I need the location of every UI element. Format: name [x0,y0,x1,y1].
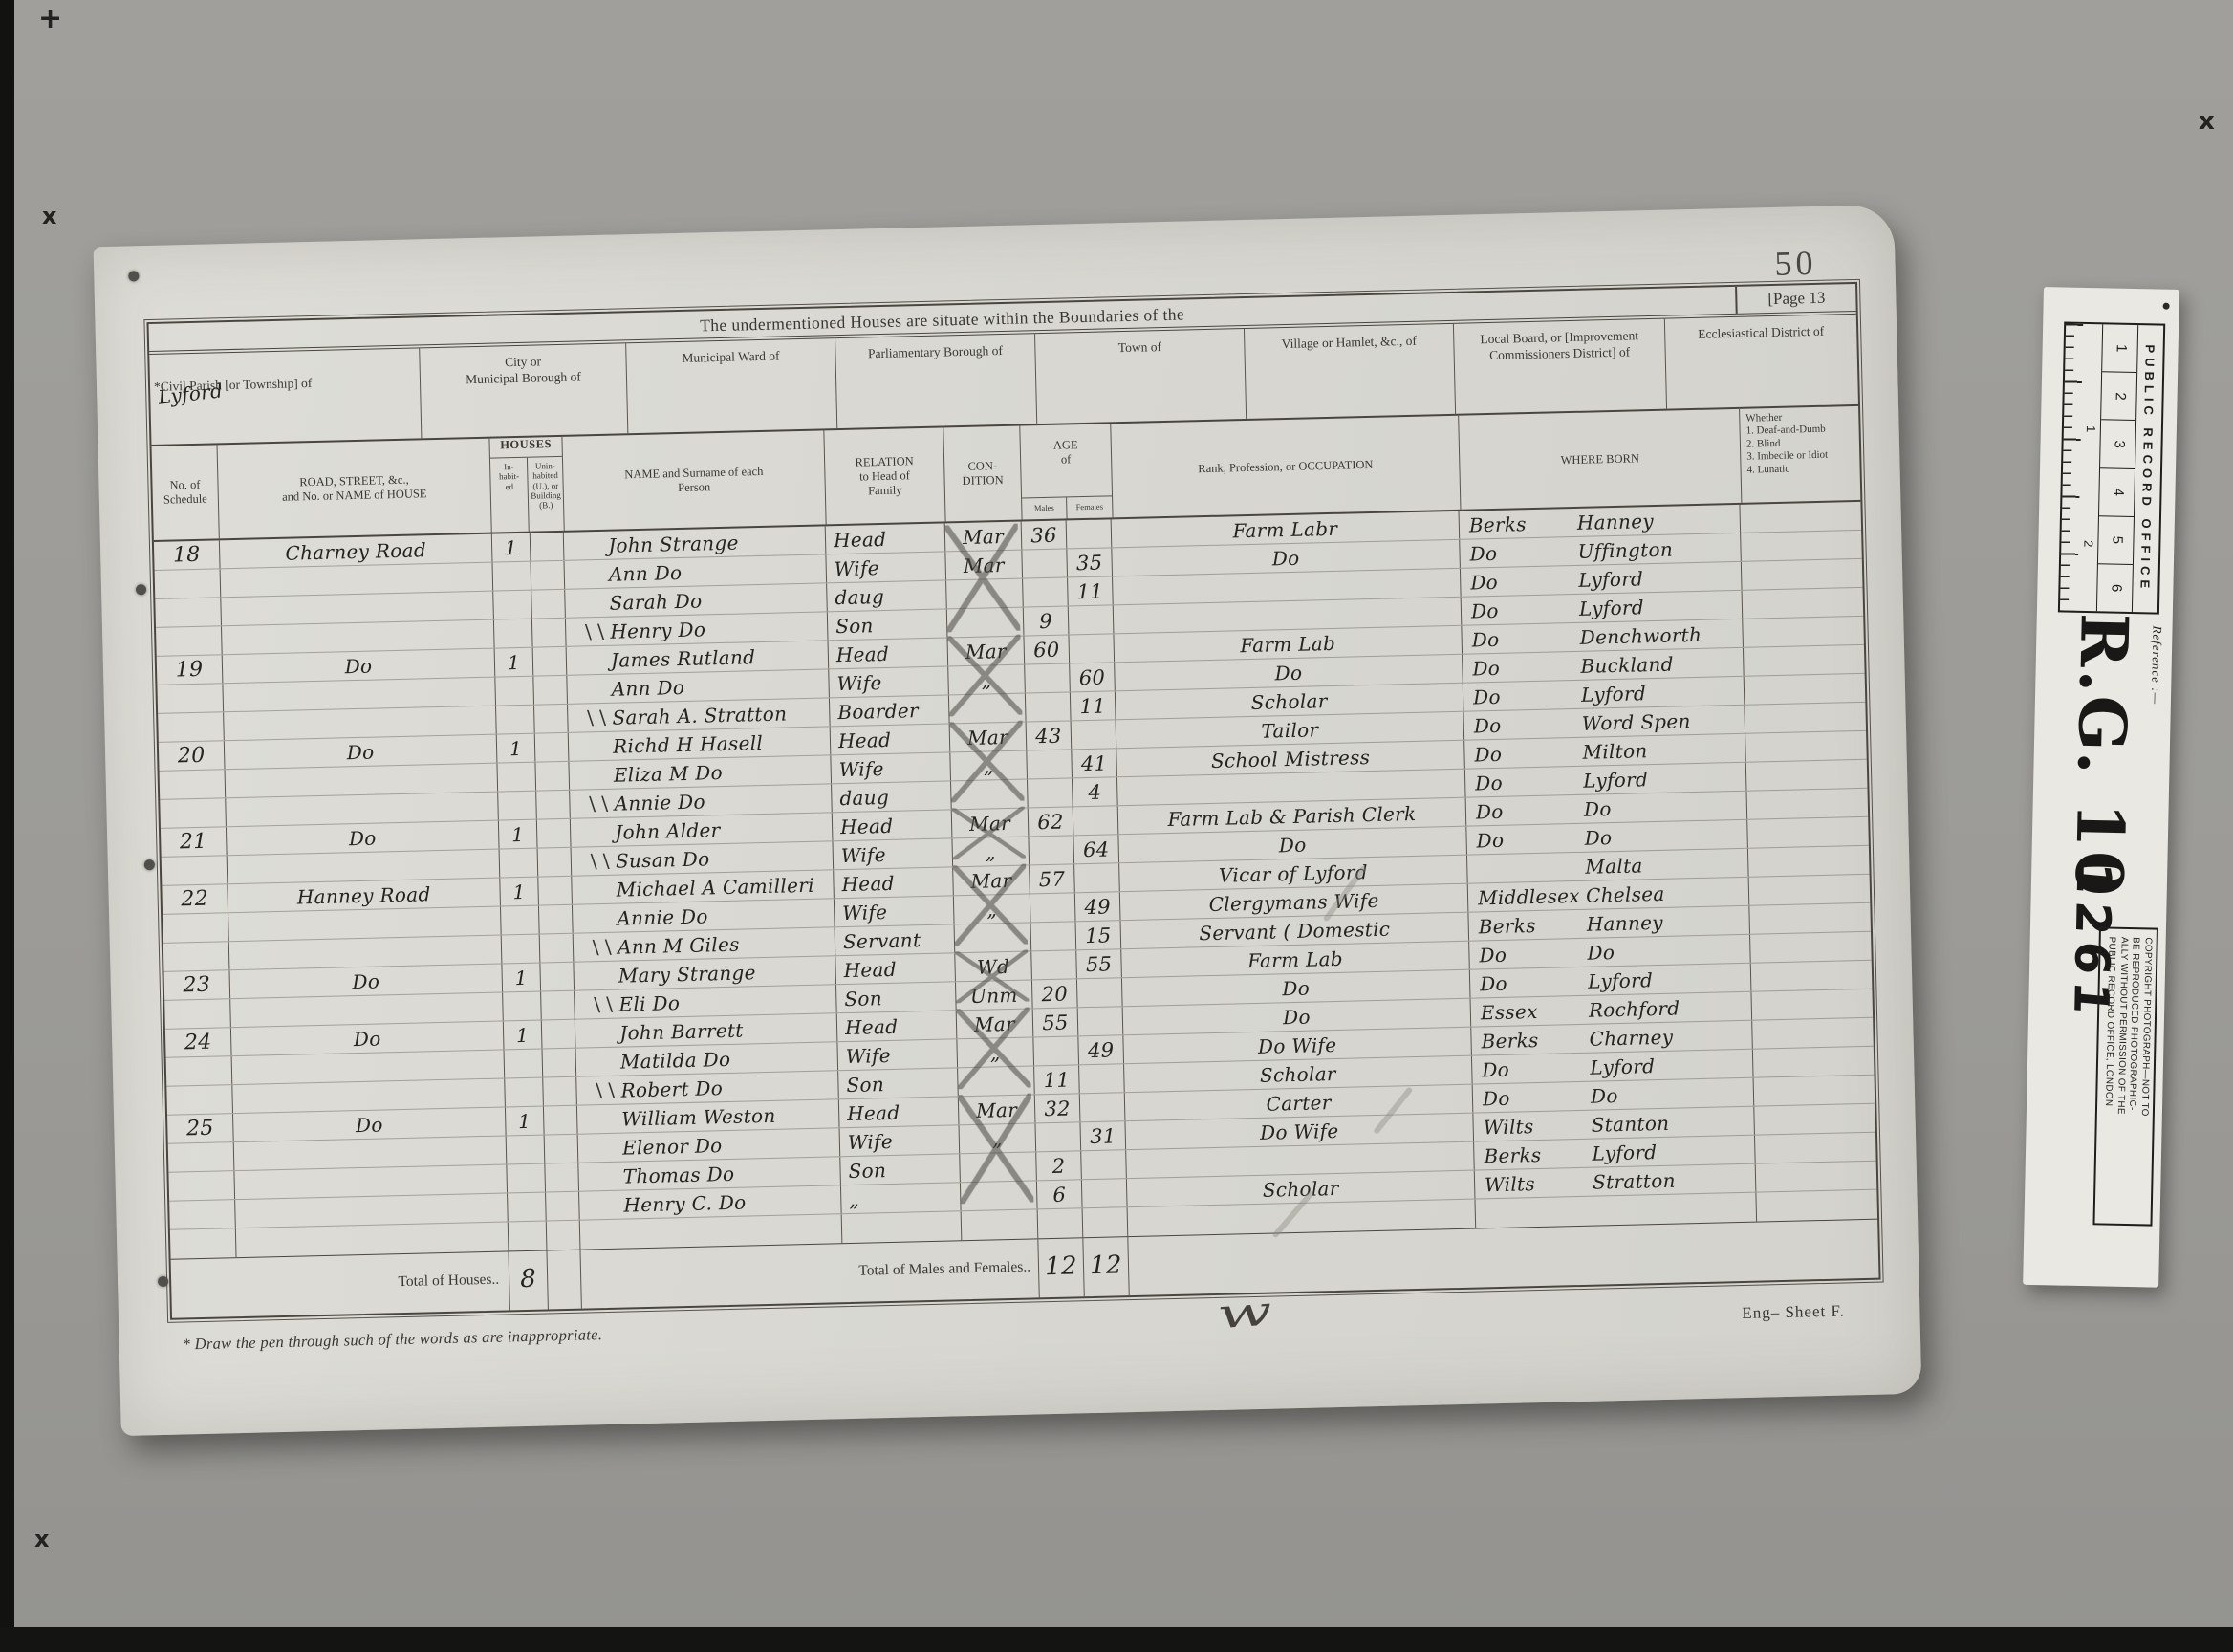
col-header-road: ROAD, STREET, &c., and No. or NAME of HO… [218,439,492,539]
houses-uninhabited [531,590,566,619]
houses-inhabited [501,906,540,935]
schedule-number [170,1228,237,1259]
age-female: 15 [1076,921,1122,949]
houses-uninhabited [532,619,567,647]
film-edge-bottom [0,1627,2233,1652]
age-male: 60 [1024,635,1070,663]
total-females-value: 12 [1083,1237,1129,1296]
schedule-number [162,856,228,885]
houses-label: HOUSES [489,437,561,459]
age-female [1081,1150,1127,1179]
col-header-occupation: Rank, Profession, or OCCUPATION [1111,416,1461,518]
age-male: 43 [1027,721,1073,750]
houses-inhabited: 1 [495,648,534,677]
registration-x-mark: x [42,203,56,229]
relation-to-head: Son [838,1068,959,1098]
page-number-label: [Page 13 [1735,284,1856,314]
relation-to-head: Wife [831,752,951,783]
age-male: 62 [1029,807,1074,836]
relation-to-head: Head [833,810,953,840]
houses-uninhabited [537,819,572,848]
pen-tally-mark [947,635,1022,717]
houses-inhabited [505,1050,544,1078]
age-female [1069,605,1115,634]
schedule-number: 23 [163,970,230,1000]
pen-check-mark: ∖∖ [585,793,611,816]
pen-tally-mark [959,1093,1034,1204]
disability-cell [1751,961,1873,991]
schedule-number [160,798,227,828]
houses-inhabited [493,562,532,591]
totals-blank-cell [547,1250,581,1310]
pen-tally-mark [953,864,1028,946]
pen-tally-mark [945,524,1021,633]
ecclesiastical-district-cell: Ecclesiastical District of [1665,315,1858,409]
relation-to-head: Son [828,609,948,640]
houses-uninhabited [533,647,568,676]
houses-uninhabited [534,705,569,733]
schedule-number [157,684,224,713]
houses-inhabited: 1 [497,734,536,763]
disability-cell [1749,875,1871,905]
schedule-number [160,770,227,799]
reference-label: Reference :— [2148,625,2165,705]
ruler-number: 2 [2081,540,2095,548]
age-female [1082,1179,1128,1207]
age-female: 31 [1080,1121,1126,1150]
schedule-number [166,1085,233,1115]
pen-tally-mark [955,950,1029,1004]
ruler-scale: 1 2 [2060,323,2102,611]
houses-uninhabited [543,1049,577,1077]
relation-to-head: daug [827,580,947,611]
age-male: 32 [1035,1094,1081,1122]
age-female [1073,806,1119,835]
schedule-number [169,1200,236,1229]
houses-inhabited [500,849,539,878]
relation-to-head: Head [835,953,956,984]
age-female [1069,634,1115,663]
disability-cell [1753,1047,1875,1077]
pen-check-mark: ∖∖ [590,993,616,1017]
relation-to-head: Head [831,724,951,754]
disability-cell [1745,674,1866,705]
age-male: 9 [1024,606,1070,635]
relation-to-head: Head [839,1097,960,1127]
houses-uninhabited [536,791,571,819]
punch-hole [128,271,139,281]
houses-inhabited: 1 [506,1107,545,1136]
registration-x-mark: x [2199,107,2215,136]
census-photograph: { "photo": { "folio_stamp": "50", "marks… [0,0,2233,1652]
houses-uninhabited [535,733,570,762]
age-male [1031,950,1077,979]
disability-cell [1752,1018,1874,1049]
pen-check-mark: ∖∖ [583,706,609,730]
pen-tally-mark [952,807,1026,860]
relation-to-head: Head [829,638,949,668]
punch-hole [144,859,155,870]
houses-uninhabited [540,934,575,963]
col-header-inhabited: In- habit- ed [490,458,530,533]
houses-uninhabited [540,963,575,991]
relation-to-head: Head [826,523,946,554]
total-males-value: 12 [1038,1238,1084,1297]
houses-inhabited: 1 [502,964,541,992]
houses-inhabited [502,935,541,964]
houses-inhabited [509,1221,548,1250]
relation-to-head: Wife [835,896,955,926]
houses-inhabited [505,1078,544,1107]
ruler-number: 1 [2084,425,2098,433]
houses-inhabited: 1 [492,533,531,562]
disability-cell [1754,1076,1875,1106]
pen-tally-mark [950,721,1025,803]
houses-uninhabited [535,762,570,791]
ink-dot [2163,303,2170,310]
ruler-cell: 1 [2102,324,2137,373]
registration-plus-mark: + [38,2,62,35]
schedule-number: 25 [167,1114,234,1143]
houses-inhabited: 1 [499,820,538,849]
disability-cell [1751,989,1873,1020]
age-female: 4 [1073,777,1118,806]
total-houses-label: Total of Houses.. [171,1251,510,1317]
age-female [1083,1207,1129,1237]
relation-to-head: „ [841,1183,962,1213]
city-borough-cell: City or Municipal Borough of [420,343,628,438]
age-male: 36 [1022,520,1068,549]
pen-tally-mark [957,1008,1031,1090]
schedule-number [163,913,229,943]
age-male [1027,750,1073,778]
schedule-number [155,598,222,627]
schedule-number: 24 [165,1028,232,1057]
col-header-condition: CON- DITION [943,426,1022,522]
col-header-name: NAME and Surname of each Person [562,430,826,530]
schedule-number [166,1056,233,1086]
total-males-females-label: Total of Males and Females.. [580,1239,1039,1308]
age-male [1030,893,1076,922]
age-female: 60 [1070,663,1116,691]
age-male: 55 [1033,1008,1079,1036]
age-female: 55 [1076,949,1122,978]
pen-check-mark: ∖∖ [587,850,613,874]
punch-hole [158,1276,168,1287]
ruler-numbered-cells: 1 2 3 4 5 6 [2096,324,2137,612]
schedule-number: 18 [154,540,221,570]
houses-uninhabited [543,1077,577,1106]
schedule-number: 19 [157,655,224,685]
col-header-males: Males [1022,497,1068,519]
folio-number-stamp: 50 [1774,243,1817,284]
houses-uninhabited [541,991,575,1020]
disability-cell [1748,846,1870,877]
relation-to-head: Head [837,1011,958,1041]
registration-x-mark: x [34,1526,49,1553]
col-header-females: Females [1067,496,1113,518]
disability-cell [1749,903,1871,934]
houses-uninhabited [547,1221,581,1250]
age-female: 41 [1072,749,1117,777]
village-hamlet-cell: Village or Hamlet, &c., of [1245,324,1456,419]
col-header-uninhabited: Unin- habited (U.), or Building (B.) [528,457,563,532]
age-male: 11 [1034,1065,1080,1094]
houses-uninhabited [539,905,574,934]
condition [962,1209,1039,1240]
pen-check-mark: ∖∖ [592,1079,618,1103]
relation-to-head: Wife [837,1039,958,1070]
houses-uninhabited [544,1106,578,1135]
age-female [1077,978,1123,1007]
disability-cell [1743,617,1864,647]
disability-cell [1742,559,1863,590]
record-series-number: R.G. 10 [2060,613,2142,900]
ruler-cell: 6 [2097,564,2133,612]
houses-inhabited [493,591,532,619]
age-male [1028,778,1073,807]
age-female: 11 [1068,576,1114,605]
houses-uninhabited [546,1192,580,1221]
ruler-cell: 5 [2098,516,2134,565]
schedule-number: 22 [162,884,228,914]
schedule-number [164,999,231,1029]
relation-to-head: Wife [840,1125,961,1156]
disability-cell [1744,645,1865,676]
relation-to-head: Wife [826,552,946,582]
disability-cell [1755,1133,1876,1163]
pen-check-mark: ∖∖ [581,620,607,644]
municipal-ward-cell: Municipal Ward of [626,338,837,433]
total-houses-value: 8 [509,1250,548,1310]
relation-to-head: Wife [833,838,953,869]
ruler-cell: 4 [2099,468,2135,517]
age-female [1067,519,1113,548]
age-male: 57 [1030,864,1075,893]
reference-strip-content: PUBLIC RECORD OFFICE 1 2 3 4 5 6 1 2 Ref… [2023,287,2179,1288]
houses-inhabited [494,619,533,648]
age-female: 35 [1067,548,1113,576]
ruler-cell: 2 [2101,372,2136,421]
age-male [1023,577,1069,606]
disability-cell [1745,703,1866,733]
age-female: 49 [1075,892,1121,921]
sheet-label: Eng– Sheet F. [1742,1302,1845,1324]
disability-cell [1750,932,1872,963]
schedule-number [155,569,222,598]
houses-inhabited [495,677,534,706]
age-female: 49 [1078,1035,1124,1064]
relation-to-head: Son [840,1154,961,1185]
relation-to-head: Servant [835,924,956,955]
age-male [1038,1208,1084,1238]
age-female [1072,720,1117,749]
age-male [1033,1036,1079,1065]
disability-cell [1741,531,1862,561]
col-header-houses: HOUSES In- habit- ed Unin- habited (U.),… [489,437,564,533]
ruler-cell: 3 [2100,421,2135,469]
parliamentary-borough-cell: Parliamentary Borough of [835,334,1037,428]
age-male [1029,836,1074,864]
age-male: 2 [1036,1151,1082,1180]
houses-uninhabited [542,1020,576,1049]
copyright-notice-box: COPYRIGHT PHOTOGRAPH—NOT TO BE REPRODUCE… [2092,926,2158,1226]
disability-cell [1747,789,1869,819]
schedule-number [163,942,230,971]
houses-inhabited [503,992,542,1021]
houses-uninhabited [545,1135,579,1163]
age-female [1074,863,1120,892]
houses-uninhabited [531,561,565,590]
schedule-number: 20 [159,741,226,771]
age-male [1022,549,1068,577]
strip-ruler-box: PUBLIC RECORD OFFICE 1 2 3 4 5 6 1 2 [2058,321,2165,614]
age-male [1026,692,1072,721]
reference-strip: PUBLIC RECORD OFFICE 1 2 3 4 5 6 1 2 Ref… [2023,287,2179,1288]
film-edge-left [0,0,14,1652]
schedule-number: 21 [161,827,228,857]
houses-uninhabited [545,1163,579,1192]
houses-inhabited: 1 [504,1021,543,1050]
disability-cell [1743,588,1864,619]
houses-inhabited [507,1136,546,1164]
disability-cell [1740,502,1861,533]
disability-cell [1756,1162,1877,1192]
col-header-where-born: WHERE BORN [1459,409,1742,510]
age-male: 20 [1032,979,1078,1008]
age-male [1031,922,1077,950]
town-cell: Town of [1035,329,1247,424]
col-header-age: AGE of Males Females [1020,424,1113,519]
houses-inhabited [507,1163,546,1192]
age-male [1035,1122,1081,1151]
age-female [1079,1064,1125,1093]
houses-inhabited [508,1192,547,1221]
disability-cell [1747,817,1869,848]
col-header-disability: Whether 1. Deaf-and-Dumb 2. Blind 3. Imb… [1740,406,1860,503]
houses-inhabited [496,706,535,734]
relation-to-head: Son [836,982,957,1012]
relation-to-head [842,1211,963,1243]
relation-to-head: Boarder [830,695,950,726]
age-male [1025,663,1071,692]
relation-to-head: Head [834,867,954,898]
houses-inhabited: 1 [500,878,539,906]
local-board-cell: Local Board, or [Improvement Commissione… [1454,319,1667,414]
relation-to-head: Wife [829,666,949,697]
schedule-number [168,1142,235,1172]
age-label: AGE of [1020,424,1112,497]
disability-cell [1754,1104,1875,1135]
schedule-number [168,1171,235,1201]
civil-parish-cell: *Civil Parish [or Township] of Lyford [149,348,422,445]
schedule-number [158,712,225,742]
age-female: 11 [1071,691,1116,720]
disability-cell [1745,731,1867,762]
census-page: 50 The undermentioned Houses are situate… [94,205,1922,1436]
col-header-relation: RELATION to Head of Family [824,427,945,524]
houses-inhabited [498,792,537,820]
age-female [1080,1093,1126,1121]
footnote: * Draw the pen through such of the words… [182,1325,602,1354]
disability-cell [1746,760,1868,791]
houses-uninhabited [538,877,573,905]
age-male: 6 [1037,1180,1083,1208]
pen-check-mark: ∖∖ [589,936,615,960]
houses-uninhabited [531,533,565,561]
disability-cell [1756,1190,1877,1222]
age-female: 64 [1073,835,1119,863]
punch-hole [136,584,146,595]
houses-inhabited [497,763,536,792]
relation-to-head: daug [832,781,952,812]
age-female [1078,1007,1124,1035]
schedule-number [156,626,223,656]
houses-uninhabited [533,676,568,705]
col-header-schedule: No. of Schedule [152,445,220,540]
pen-squiggle: w [1214,1287,1275,1337]
houses-uninhabited [538,848,573,877]
